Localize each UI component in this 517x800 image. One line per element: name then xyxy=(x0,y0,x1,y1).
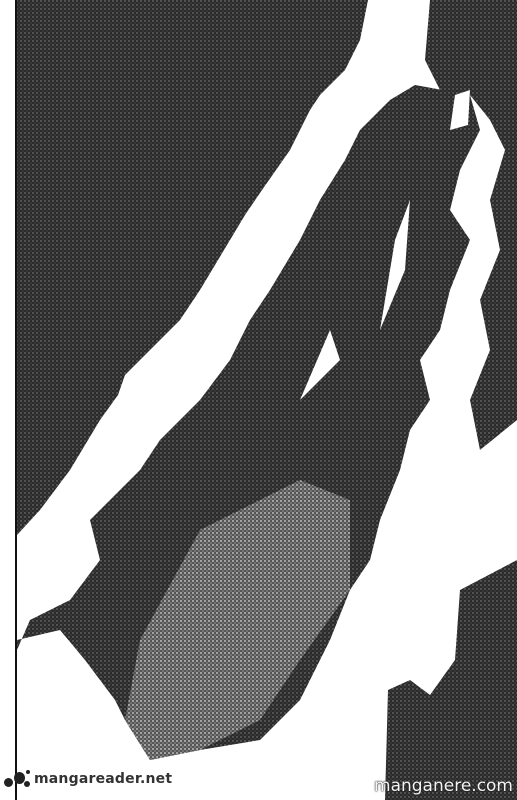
watermark-right-text: manganere.com xyxy=(374,776,513,796)
manga-page: mangareader.net manganere.com xyxy=(0,0,517,800)
cityscape-illustration xyxy=(0,0,517,800)
bottom-right-building xyxy=(385,560,517,800)
watermark-left-text: mangareader.net xyxy=(34,771,172,787)
watermark-mangareader: mangareader.net xyxy=(2,768,172,790)
panel-border xyxy=(15,0,17,800)
mangareader-logo-icon xyxy=(2,768,32,790)
